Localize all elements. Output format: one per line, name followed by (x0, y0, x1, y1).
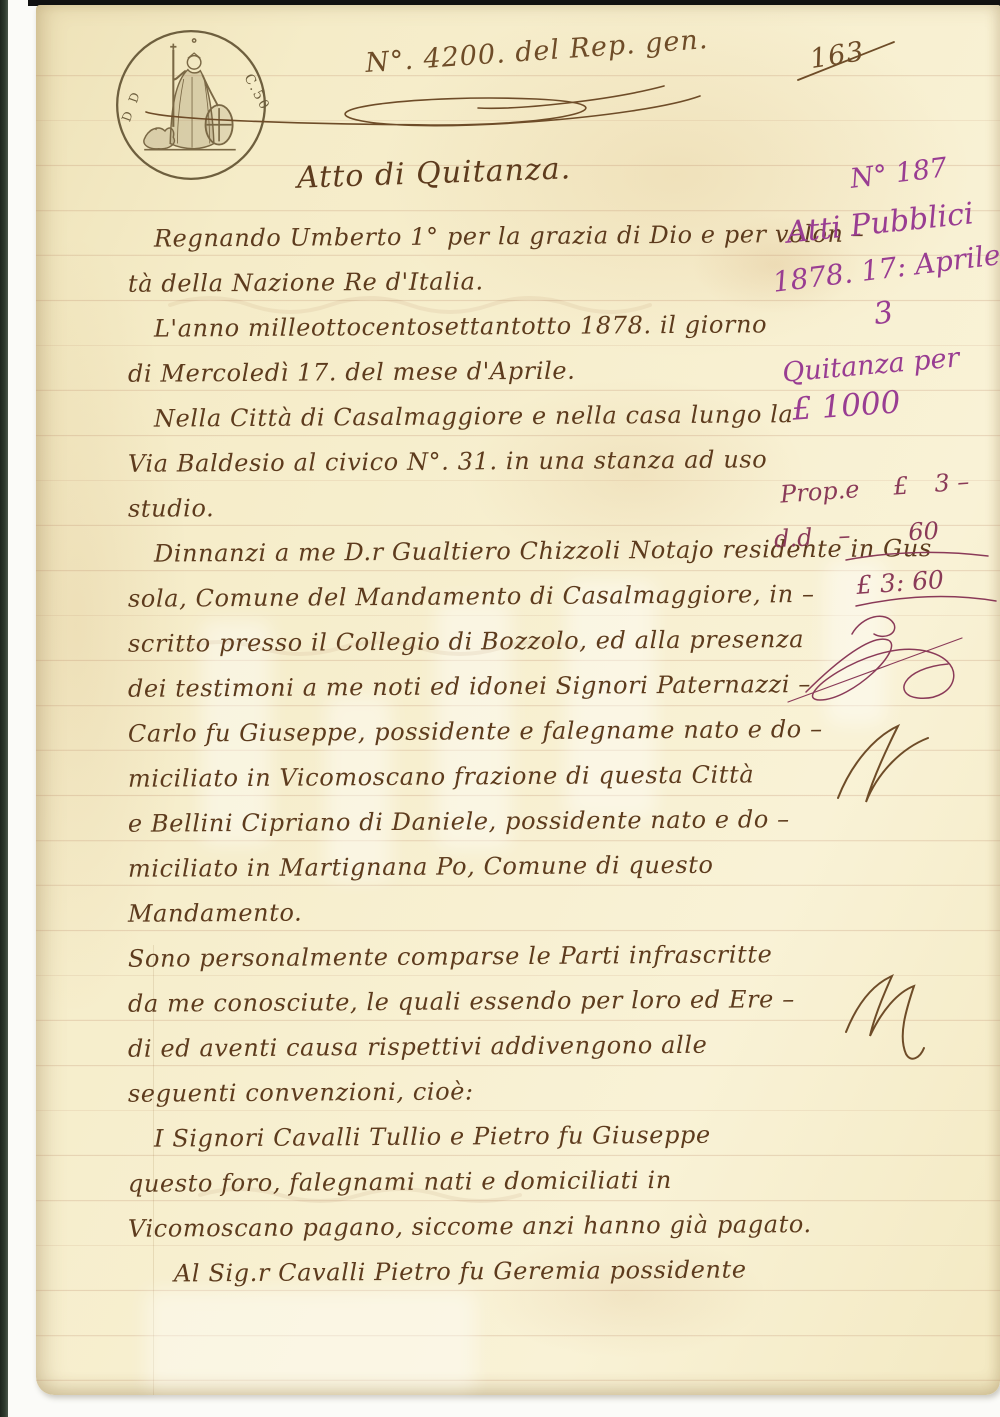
fee2-label: d.d (773, 523, 813, 553)
manuscript-line: dei testimoni a me noti ed idonei Signor… (128, 669, 932, 720)
stamp-denomination: C.50. (241, 71, 269, 119)
manuscript-line: seguenti convenzioni, cioè: (128, 1074, 932, 1125)
fee2-dash: – (838, 521, 851, 550)
scan-left-border (0, 0, 8, 1417)
manuscript-line: Al Sig.r Cavalli Pietro fu Geremia possi… (128, 1254, 932, 1305)
fee-total: £ 3: 60 (855, 565, 945, 600)
allegorical-figure (144, 39, 236, 150)
manuscript-line: sola, Comune del Mandamento di Casalmagg… (128, 579, 932, 630)
fee1-label: Prop.e (779, 475, 860, 508)
manuscript-line: e Bellini Cipriano di Daniele, possident… (128, 804, 932, 855)
manuscript-line: I Signori Cavalli Tullio e Pietro fu Giu… (128, 1119, 932, 1170)
manuscript-line: di ed aventi causa rispettivi addivengon… (128, 1029, 932, 1080)
manuscript-line: Sono personalmente comparse le Parti inf… (128, 939, 932, 990)
watermark-block (146, 1290, 476, 1390)
manuscript-line: scritto presso il Collegio di Bozzolo, e… (128, 624, 932, 675)
manuscript-line: questo foro, falegnami nati e domiciliat… (128, 1164, 932, 1215)
fee1-value: 3 – (933, 467, 970, 497)
manuscript-line: L'anno milleottocentosettantotto 1878. i… (128, 309, 932, 360)
manuscript-line: miciliato in Vicomoscano frazione di que… (128, 759, 932, 810)
manuscript-line: Vicomoscano pagano, siccome anzi hanno g… (128, 1209, 932, 1260)
manuscript-line: Carlo fu Giuseppe, possidente e falegnam… (128, 714, 932, 765)
fee2-value: 60 (908, 517, 940, 547)
revenue-stamp-c50: C.50. D D (113, 27, 269, 183)
manuscript-line: miciliato in Martignana Po, Comune di qu… (128, 849, 932, 900)
scanned-manuscript-page: C.50. D D N°. 4200. del Rep. gen. 163 At… (0, 0, 1000, 1417)
manuscript-line: da me conosciute, le quali essendo per l… (128, 984, 932, 1035)
manuscript-line: Mandamento. (128, 894, 932, 945)
stamp-border-letters: D D (118, 87, 143, 123)
lira-sign: £ (892, 472, 909, 501)
margin-amount: £ 1000 (791, 384, 902, 427)
